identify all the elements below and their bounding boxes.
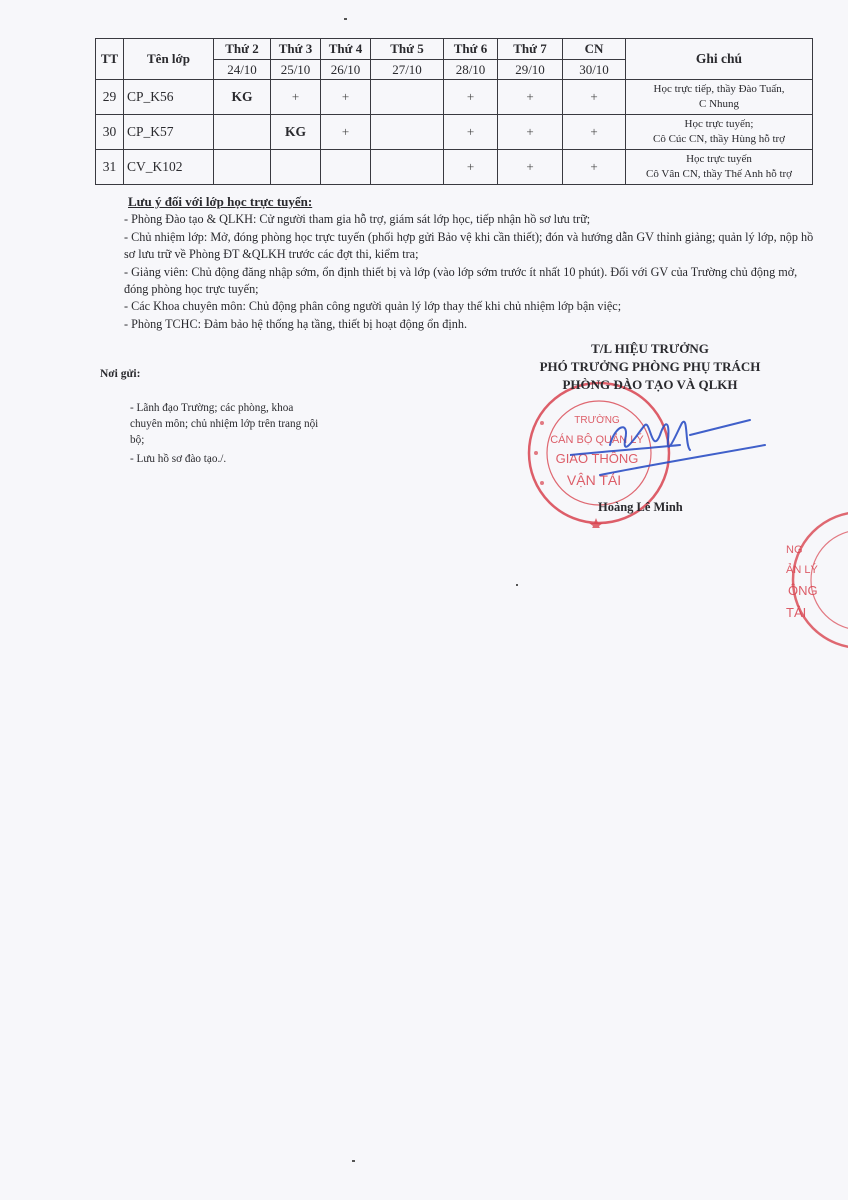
header-day: Thứ 7 [498, 39, 563, 60]
schedule-cell: + [563, 80, 626, 115]
row-number: 30 [96, 115, 124, 150]
recipient-item: - Lãnh đạo Trường; các phòng, khoa chuyê… [130, 400, 320, 448]
recipients-label: Nơi gửi: [100, 368, 140, 380]
note-item: - Các Khoa chuyên môn: Chủ động phân côn… [124, 298, 814, 315]
header-day: CN [563, 39, 626, 60]
header-date: 26/10 [321, 60, 371, 80]
stamp-line: TẢI [786, 605, 806, 620]
header-date: 29/10 [498, 60, 563, 80]
header-date: 28/10 [444, 60, 498, 80]
schedule-table: TT Tên lớp Thứ 2 Thứ 3 Thứ 4 Thứ 5 Thứ 6… [95, 38, 813, 185]
header-day: Thứ 5 [371, 39, 444, 60]
schedule-cell: + [498, 80, 563, 115]
note-cell: Học trực tiếp, thầy Đào Tuấn,C Nhung [626, 80, 813, 115]
header-day: Thứ 3 [271, 39, 321, 60]
header-day: Thứ 4 [321, 39, 371, 60]
note-item: - Chủ nhiệm lớp: Mở, đóng phòng học trực… [124, 229, 814, 264]
note-cell: Học trực tuyếnCô Vân CN, thầy Thế Anh hỗ… [626, 150, 813, 185]
handwritten-signature [570, 405, 770, 485]
schedule-cell [271, 150, 321, 185]
online-class-notes: Lưu ý đối với lớp học trực tuyến: - Phòn… [124, 193, 814, 333]
note-item: - Phòng Đào tạo & QLKH: Cử người tham gi… [124, 211, 814, 228]
header-class-name: Tên lớp [124, 39, 214, 80]
schedule-cell: + [444, 115, 498, 150]
signature-block: T/L HIỆU TRƯỞNG PHÓ TRƯỞNG PHÒNG PHỤ TRÁ… [520, 340, 780, 394]
row-number: 29 [96, 80, 124, 115]
schedule-cell: KG [214, 80, 271, 115]
class-name: CV_K102 [124, 150, 214, 185]
header-date: 30/10 [563, 60, 626, 80]
note-item: - Giảng viên: Chủ động đăng nhập sớm, ổn… [124, 264, 814, 299]
schedule-cell: + [321, 80, 371, 115]
recipient-item: - Lưu hồ sơ đào tạo./. [130, 451, 320, 467]
table-row: 31CV_K102+++Học trực tuyếnCô Vân CN, thầ… [96, 150, 813, 185]
class-name: CP_K57 [124, 115, 214, 150]
schedule-cell [371, 115, 444, 150]
header-row-days: TT Tên lớp Thứ 2 Thứ 3 Thứ 4 Thứ 5 Thứ 6… [96, 39, 813, 60]
schedule-cell [321, 150, 371, 185]
class-name: CP_K56 [124, 80, 214, 115]
note-line: Học trực tuyến [626, 152, 812, 167]
header-date: 27/10 [371, 60, 444, 80]
note-cell: Học trực tuyến;Cô Cúc CN, thầy Hùng hỗ t… [626, 115, 813, 150]
schedule-cell: + [498, 115, 563, 150]
note-line: Học trực tuyến; [626, 117, 812, 132]
header-date: 24/10 [214, 60, 271, 80]
header-tt: TT [96, 39, 124, 80]
stamp-line: ẢN LÝ [786, 563, 818, 576]
header-date: 25/10 [271, 60, 321, 80]
header-note: Ghi chú [626, 39, 813, 80]
schedule-cell: + [321, 115, 371, 150]
signer-name: Hoàng Lê Minh [598, 500, 683, 515]
note-line: Cô Vân CN, thầy Thế Anh hỗ trợ [626, 167, 812, 182]
row-number: 31 [96, 150, 124, 185]
schedule-cell [214, 150, 271, 185]
schedule-cell: + [444, 80, 498, 115]
schedule-cell: + [271, 80, 321, 115]
header-day: Thứ 2 [214, 39, 271, 60]
table-body: 29CP_K56KG+++++Học trực tiếp, thầy Đào T… [96, 80, 813, 185]
signature-title-line3: PHÒNG ĐÀO TẠO VÀ QLKH [520, 376, 780, 394]
schedule-cell: + [498, 150, 563, 185]
scan-speck [352, 1160, 355, 1162]
schedule-cell: KG [271, 115, 321, 150]
partial-stamp: NG ẢN LÝ ÔNG TẢI [786, 505, 848, 655]
note-line: Cô Cúc CN, thầy Hùng hỗ trợ [626, 132, 812, 147]
table-row: 29CP_K56KG+++++Học trực tiếp, thầy Đào T… [96, 80, 813, 115]
scan-speck [344, 18, 347, 20]
note-item: - Phòng TCHC: Đảm bảo hệ thống hạ tầng, … [124, 316, 814, 333]
stamp-line: NG [786, 544, 803, 556]
stamp-line: ÔNG [788, 583, 818, 598]
header-day: Thứ 6 [444, 39, 498, 60]
schedule-cell [214, 115, 271, 150]
schedule-cell [371, 80, 444, 115]
scan-speck [516, 584, 518, 586]
schedule-cell: + [563, 150, 626, 185]
recipients-list: - Lãnh đạo Trường; các phòng, khoa chuyê… [130, 400, 320, 470]
notes-title: Lưu ý đối với lớp học trực tuyến: [128, 193, 814, 210]
signature-title-line1: T/L HIỆU TRƯỞNG [520, 340, 780, 358]
note-line: C Nhung [626, 97, 812, 112]
note-line: Học trực tiếp, thầy Đào Tuấn, [626, 82, 812, 97]
signature-title-line2: PHÓ TRƯỞNG PHÒNG PHỤ TRÁCH [520, 358, 780, 376]
table-row: 30CP_K57KG++++Học trực tuyến;Cô Cúc CN, … [96, 115, 813, 150]
schedule-cell [371, 150, 444, 185]
schedule-cell: + [563, 115, 626, 150]
schedule-cell: + [444, 150, 498, 185]
